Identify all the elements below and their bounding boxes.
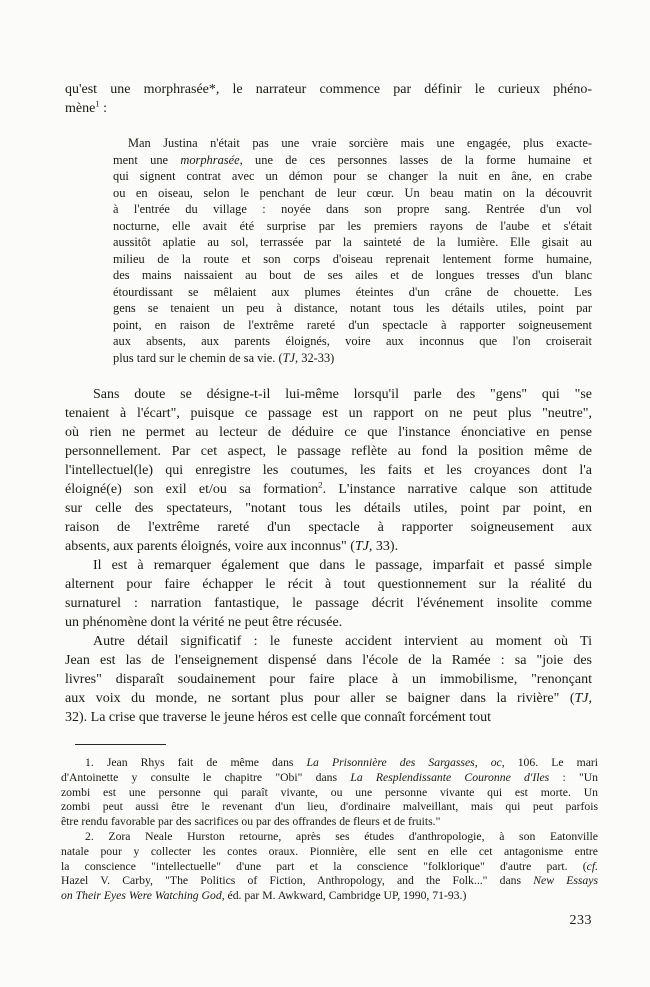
text-line: sur celle des spectateurs, "notant tous … bbox=[65, 499, 592, 518]
text-line: Man Justina n'était pas une vraie sorciè… bbox=[113, 135, 592, 152]
text-line: nocturne, elle avait été surprise par le… bbox=[113, 218, 592, 235]
text-line: des mains naissaient au bout de ses aile… bbox=[113, 267, 592, 284]
text-line: ou en oiseau, selon le penchant de leur … bbox=[113, 185, 592, 202]
text-line: Autre détail significatif : le funeste a… bbox=[65, 632, 592, 651]
paragraph-autre-detail: Autre détail significatif : le funeste a… bbox=[65, 632, 592, 727]
text-line: à l'entrée du village : noyée dans son p… bbox=[113, 201, 592, 218]
text-line: ment une morphrasée, une de ces personne… bbox=[113, 152, 592, 169]
text-line: qu'est une morphrasée*, le narrateur com… bbox=[65, 80, 592, 99]
text-line: Hazel V. Carby, "The Politics of Fiction… bbox=[61, 874, 598, 889]
text-line: zombi peut aussi être le revenant d'un l… bbox=[61, 800, 598, 815]
paragraph-il-est-a-remarquer: Il est à remarquer également que dans le… bbox=[65, 556, 592, 632]
footnote-separator bbox=[75, 744, 166, 745]
text-line: natale pour y collecter les contes oraux… bbox=[61, 845, 598, 860]
text-line: livres" disparaît soudainement pour fair… bbox=[65, 670, 592, 689]
text-line: 2. Zora Neale Hurston retourne, après se… bbox=[61, 830, 598, 845]
text-line: l'intellectuel(le) qui enregistre les co… bbox=[65, 461, 592, 480]
text-line: personnellement. Par cet aspect, le pass… bbox=[65, 442, 592, 461]
text-line: aux absents, aux parents éloignés, voire… bbox=[113, 333, 592, 350]
text-line: Il est à remarquer également que dans le… bbox=[65, 556, 592, 575]
text-line: point, en raison de l'extrême rareté d'u… bbox=[113, 317, 592, 334]
text-line: surnaturel : narration fantastique, le p… bbox=[65, 594, 592, 613]
text-line: qui signent contrat avec un démon pour s… bbox=[113, 168, 592, 185]
text-line: raison de l'extrême rareté d'un spectacl… bbox=[65, 518, 592, 537]
text-line: étourdissant se mêlaient aux plumes étei… bbox=[113, 284, 592, 301]
text-line: mène1 : bbox=[65, 99, 592, 118]
page-number: 233 bbox=[570, 913, 593, 929]
block-quote: Man Justina n'était pas une vraie sorciè… bbox=[113, 135, 592, 366]
text-line: être rendu favorable par des sacrifices … bbox=[61, 815, 598, 830]
text-line: aux voix du monde, ne sortant plus pour … bbox=[65, 689, 592, 708]
text-line: où rien ne permet au lecteur de déduire … bbox=[65, 423, 592, 442]
footnotes-section: 1. Jean Rhys fait de même dans La Prison… bbox=[65, 756, 592, 904]
text-line: 1. Jean Rhys fait de même dans La Prison… bbox=[61, 756, 598, 771]
text-line: zombi est une personne qui paraît vivant… bbox=[61, 786, 598, 801]
intro-paragraph: qu'est une morphrasée*, le narrateur com… bbox=[65, 80, 592, 118]
text-line: plus tard sur le chemin de sa vie. (TJ, … bbox=[113, 350, 592, 367]
text-line: Sans doute se désigne-t-il lui-même lors… bbox=[65, 385, 592, 404]
paragraph-sans-doute: Sans doute se désigne-t-il lui-même lors… bbox=[65, 385, 592, 556]
text-line: d'Antoinette y consulte le chapitre "Obi… bbox=[61, 771, 598, 786]
text-line: tenaient à l'écart", puisque ce passage … bbox=[65, 404, 592, 423]
text-line: on Their Eyes Were Watching God, éd. par… bbox=[61, 889, 598, 904]
book-page: qu'est une morphrasée*, le narrateur com… bbox=[0, 0, 650, 987]
text-line: gens se tenaient un peu à distance, nota… bbox=[113, 300, 592, 317]
text-line: alternent pour faire échapper le récit à… bbox=[65, 575, 592, 594]
text-line: aussitôt aplatie au sol, terrassée par l… bbox=[113, 234, 592, 251]
footnote-2: 2. Zora Neale Hurston retourne, après se… bbox=[61, 830, 598, 904]
text-line: 32). La crise que traverse le jeune héro… bbox=[65, 708, 592, 727]
text-line: éloigné(e) son exil et/ou sa formation2.… bbox=[65, 480, 592, 499]
main-text: Sans doute se désigne-t-il lui-même lors… bbox=[65, 385, 592, 727]
text-line: la conscience "intellectuelle" d'une par… bbox=[61, 860, 598, 875]
text-line: milieu de la route et son corps d'oiseau… bbox=[113, 251, 592, 268]
text-line: un phénomène dont la vérité ne peut être… bbox=[65, 613, 592, 632]
text-line: Jean est las de l'enseignement dispensé … bbox=[65, 651, 592, 670]
text-line: absents, aux parents éloignés, voire aux… bbox=[65, 537, 592, 556]
footnote-1: 1. Jean Rhys fait de même dans La Prison… bbox=[61, 756, 598, 830]
